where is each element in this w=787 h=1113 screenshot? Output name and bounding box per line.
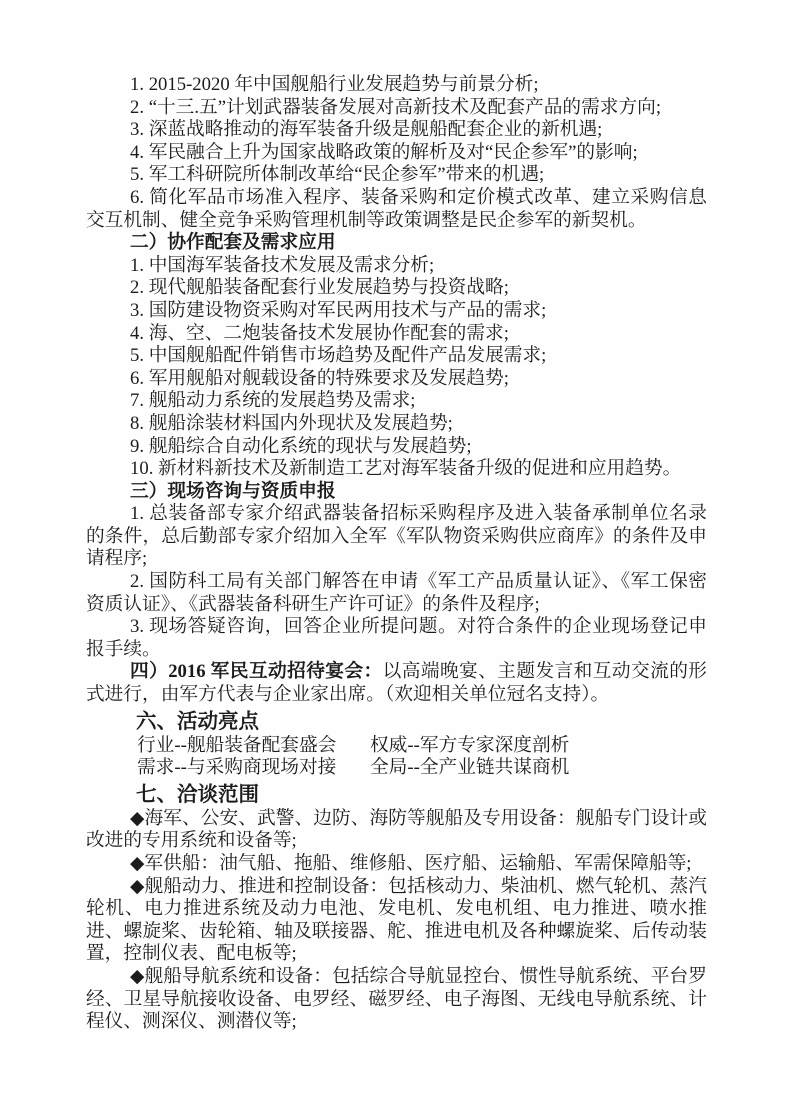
highlight-item: 行业--舰船装备配套盛会 xyxy=(137,735,370,758)
list-item: 10. 新材料新技术及新制造工艺对海军装备升级的促进和应用趋势。 xyxy=(86,458,707,481)
list-item: 1. 中国海军装备技术发展及需求分析; xyxy=(86,255,707,278)
section-cooperation-demand: 二）协作配套及需求应用 1. 中国海军装备技术发展及需求分析; 2. 现代舰船装… xyxy=(86,232,707,481)
list-item: 1. 2015-2020 年中国舰船行业发展趋势与前景分析; xyxy=(86,74,707,97)
list-item: 3. 国防建设物资采购对军民两用技术与产品的需求; xyxy=(86,300,707,323)
bullet-item: ◆军供船：油气船、拖船、维修船、医疗船、运输船、军需保障船等; xyxy=(86,853,707,876)
bullet-item: ◆舰船动力、推进和控制设备：包括核动力、柴油机、燃气轮机、蒸汽轮机、电力推进系统… xyxy=(86,876,707,966)
banquet-paragraph: 四）2016 军民互动招待宴会：以高端晚宴、主题发言和互动交流的形式进行，由军方… xyxy=(86,661,707,706)
list-item: 8. 舰船涂装材料国内外现状及发展趋势; xyxy=(86,413,707,436)
bullet-item: ◆舰船导航系统和设备：包括综合导航显控台、惯性导航系统、平台罗经、卫星导航接收设… xyxy=(86,966,707,1034)
list-item: 3. 深蓝战略推动的海军装备升级是舰船配套企业的新机遇; xyxy=(86,119,707,142)
list-item: 4. 海、空、二炮装备技术发展协作配套的需求; xyxy=(86,323,707,346)
section-heading-cooperation: 二）协作配套及需求应用 xyxy=(86,232,707,255)
list-item: 7. 舰船动力系统的发展趋势及需求; xyxy=(86,390,707,413)
section-policy-list: 1. 2015-2020 年中国舰船行业发展趋势与前景分析; 2. “十三.五”… xyxy=(86,74,707,232)
list-item: 9. 舰船综合自动化系统的现状与发展趋势; xyxy=(86,436,707,459)
list-item: 6. 军用舰船对舰载设备的特殊要求及发展趋势; xyxy=(86,368,707,391)
list-item: 2. 国防科工局有关部门解答在申请《军工产品质量认证》、《军工保密资质认证》、《… xyxy=(86,571,707,616)
highlight-item: 权威--军方专家深度剖析 xyxy=(370,735,569,758)
section-heading-consultation: 三）现场咨询与资质申报 xyxy=(86,481,707,504)
section-banquet: 四）2016 军民互动招待宴会：以高端晚宴、主题发言和互动交流的形式进行，由军方… xyxy=(86,661,707,706)
highlight-row: 行业--舰船装备配套盛会权威--军方专家深度剖析 xyxy=(86,735,707,758)
section-heading-scope: 七、洽谈范围 xyxy=(86,784,707,807)
highlight-item: 需求--与采购商现场对接 xyxy=(137,757,370,780)
banquet-heading: 四）2016 军民互动招待宴会： xyxy=(130,661,383,682)
document-page: 1. 2015-2020 年中国舰船行业发展趋势与前景分析; 2. “十三.五”… xyxy=(0,0,787,1113)
list-item: 3. 现场答疑咨询，回答企业所提问题。对符合条件的企业现场登记申报手续。 xyxy=(86,616,707,661)
list-item: 4. 军民融合上升为国家战略政策的解析及对“民企参军”的影响; xyxy=(86,142,707,165)
section-negotiation-scope: 七、洽谈范围 ◆海军、公安、武警、边防、海防等舰船及专用设备：舰船专门设计或改进… xyxy=(86,784,707,1034)
list-item: 5. 中国舰船配件销售市场趋势及配件产品发展需求; xyxy=(86,345,707,368)
list-item: 2. “十三.五”计划武器装备发展对高新技术及配套产品的需求方向; xyxy=(86,97,707,120)
section-heading-highlights: 六、活动亮点 xyxy=(86,711,707,734)
list-item: 5. 军工科研院所体制改革给“民企参军”带来的机遇; xyxy=(86,164,707,187)
section-consultation-qualification: 三）现场咨询与资质申报 1. 总装备部专家介绍武器装备招标采购程序及进入装备承制… xyxy=(86,481,707,662)
highlight-row: 需求--与采购商现场对接全局--全产业链共谋商机 xyxy=(86,757,707,780)
section-highlights: 六、活动亮点 行业--舰船装备配套盛会权威--军方专家深度剖析 需求--与采购商… xyxy=(86,711,707,780)
list-item: 2. 现代舰船装备配套行业发展趋势与投资战略; xyxy=(86,277,707,300)
bullet-item: ◆海军、公安、武警、边防、海防等舰船及专用设备：舰船专门设计或改进的专用系统和设… xyxy=(86,808,707,853)
list-item: 6. 简化军品市场准入程序、装备采购和定价模式改革、建立采购信息交互机制、健全竞… xyxy=(86,187,707,232)
list-item: 1. 总装备部专家介绍武器装备招标采购程序及进入装备承制单位名录的条件，总后勤部… xyxy=(86,503,707,571)
highlight-item: 全局--全产业链共谋商机 xyxy=(370,757,569,780)
